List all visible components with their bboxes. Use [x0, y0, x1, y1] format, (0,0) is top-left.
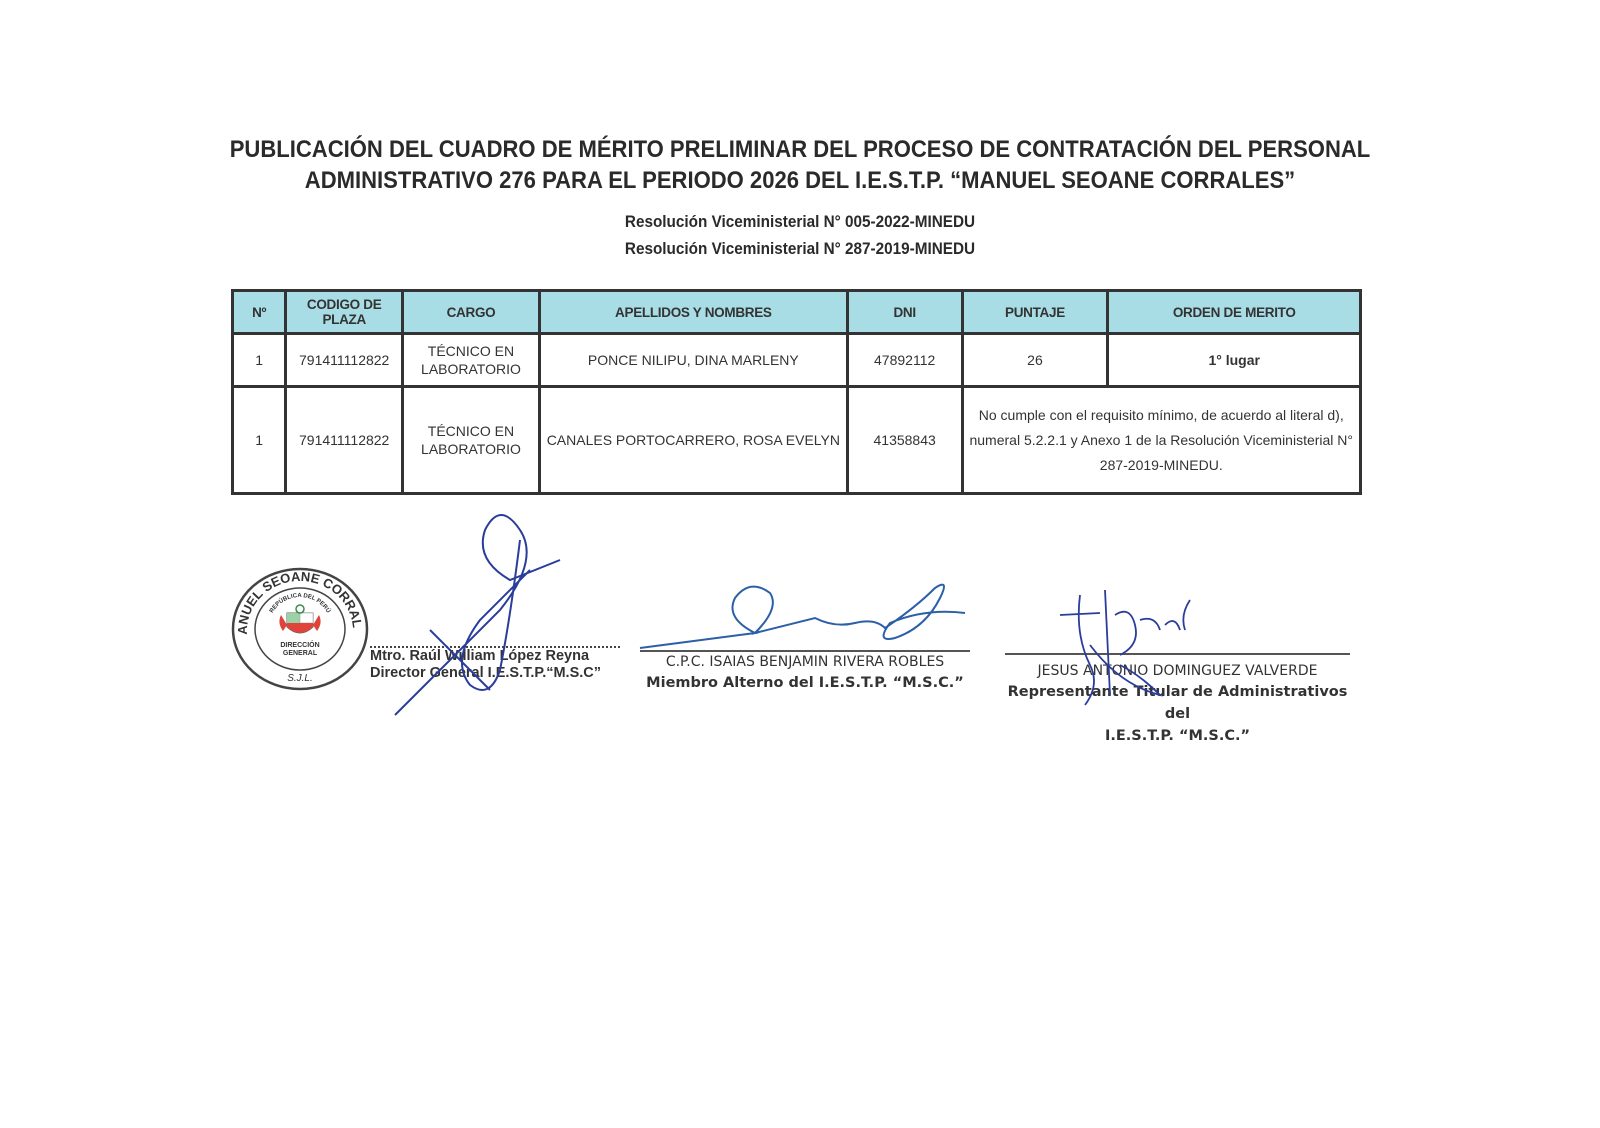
signer-role: Miembro Alterno del I.E.S.T.P. “M.S.C.”: [640, 672, 970, 694]
cell-cargo: TÉCNICO EN LABORATORIO: [403, 387, 540, 494]
table-row: 1 791411112822 TÉCNICO EN LABORATORIO CA…: [233, 387, 1361, 494]
col-header-codigo: CODIGO DE PLAZA: [286, 291, 403, 334]
signature-miembro-alterno: C.P.C. ISAIAS BENJAMIN RIVERA ROBLES Mie…: [640, 650, 970, 694]
svg-text:S.J.L.: S.J.L.: [287, 673, 313, 684]
cell-cargo: TÉCNICO EN LABORATORIO: [403, 334, 540, 387]
svg-text:DIRECCIÓN: DIRECCIÓN: [280, 640, 319, 649]
svg-text:GENERAL: GENERAL: [283, 650, 318, 657]
handwritten-signature-icon: [390, 500, 570, 720]
cell-nombre: CANALES PORTOCARRERO, ROSA EVELYN: [539, 387, 847, 494]
col-header-dni: DNI: [847, 291, 962, 334]
col-header-orden: ORDEN DE MERITO: [1108, 291, 1361, 334]
signature-director: Mtro. Raúl William López Reyna Director …: [370, 646, 620, 682]
resolution-references: Resolución Viceministerial N° 005-2022-M…: [80, 208, 1520, 262]
cell-orden: 1° lugar: [1108, 334, 1361, 387]
cell-dni: 41358843: [847, 387, 962, 494]
table-row: 1 791411112822 TÉCNICO EN LABORATORIO PO…: [233, 334, 1361, 387]
signer-name: Mtro. Raúl William López Reyna: [370, 648, 620, 665]
col-header-cargo: CARGO: [403, 291, 540, 334]
handwritten-signature-icon: [635, 578, 975, 653]
svg-text:REPÚBLICA DEL PERÚ: REPÚBLICA DEL PERÚ: [269, 593, 332, 614]
table-header-row: Nº CODIGO DE PLAZA CARGO APELLIDOS Y NOM…: [233, 291, 1361, 334]
page-title: PUBLICACIÓN DEL CUADRO DE MÉRITO PRELIMI…: [80, 134, 1520, 196]
cell-puntaje: 26: [962, 334, 1108, 387]
resolution-2: Resolución Viceministerial N° 287-2019-M…: [80, 235, 1520, 262]
signer-name: JESUS ANTONIO DOMINGUEZ VALVERDE: [1005, 661, 1350, 681]
col-header-n: Nº: [233, 291, 286, 334]
signature-representante: JESUS ANTONIO DOMINGUEZ VALVERDE Represe…: [1005, 653, 1350, 747]
cell-codigo: 791411112822: [286, 334, 403, 387]
title-line-2: ADMINISTRATIVO 276 PARA EL PERIODO 2026 …: [80, 165, 1520, 196]
signer-role: Director General I.E.S.T.P.“M.S.C”: [370, 665, 620, 682]
cell-dni: 47892112: [847, 334, 962, 387]
cell-codigo: 791411112822: [286, 387, 403, 494]
signature-line: [1005, 653, 1350, 655]
institution-seal-icon: “MANUEL SEOANE CORRALES” REPÚBLICA DEL P…: [231, 567, 369, 691]
col-header-puntaje: PUNTAJE: [962, 291, 1108, 334]
cargo-line-1: TÉCNICO EN: [406, 342, 536, 360]
cargo-line-1: TÉCNICO EN: [406, 422, 536, 440]
cargo-line-2: LABORATORIO: [406, 360, 536, 378]
resolution-1: Resolución Viceministerial N° 005-2022-M…: [80, 208, 1520, 235]
cell-observacion: No cumple con el requisito mínimo, de ac…: [962, 387, 1361, 494]
signer-role-line-1: Representante Titular de Administrativos…: [1005, 681, 1350, 725]
title-line-1: PUBLICACIÓN DEL CUADRO DE MÉRITO PRELIMI…: [80, 134, 1520, 165]
col-header-nombres: APELLIDOS Y NOMBRES: [539, 291, 847, 334]
merit-table: Nº CODIGO DE PLAZA CARGO APELLIDOS Y NOM…: [231, 289, 1362, 495]
signer-name: C.P.C. ISAIAS BENJAMIN RIVERA ROBLES: [640, 652, 970, 672]
cell-n: 1: [233, 334, 286, 387]
cell-nombre: PONCE NILIPU, DINA MARLENY: [539, 334, 847, 387]
cargo-line-2: LABORATORIO: [406, 440, 536, 458]
cell-n: 1: [233, 387, 286, 494]
signer-role-line-2: I.E.S.T.P. “M.S.C.”: [1005, 725, 1350, 747]
